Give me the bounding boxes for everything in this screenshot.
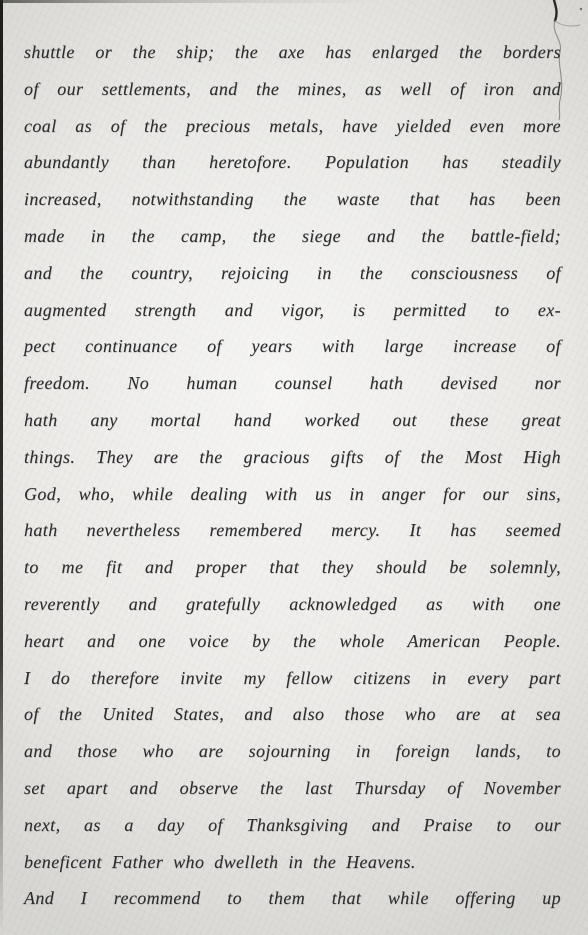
manuscript-line: to me fit and proper that they should be…: [24, 549, 561, 586]
manuscript-line: of our settlements, and the mines, as we…: [24, 71, 561, 108]
manuscript-line: And I recommend to them that while offer…: [24, 880, 561, 917]
manuscript-line: augmented strength and vigor, is permitt…: [24, 292, 561, 329]
manuscript-page: shuttle or the ship; the axe has enlarge…: [0, 0, 588, 935]
photo-top-edge: [0, 0, 588, 3]
manuscript-line: set apart and observe the last Thursday …: [24, 770, 561, 807]
photo-left-edge: [0, 0, 3, 935]
manuscript-line: coal as of the precious metals, have yie…: [24, 108, 561, 145]
manuscript-line: hath any mortal hand worked out these gr…: [24, 402, 561, 439]
manuscript-line: shuttle or the ship; the axe has enlarge…: [24, 34, 561, 71]
manuscript-line: and the country, rejoicing in the consci…: [24, 255, 561, 292]
manuscript-line: reverently and gratefully acknowledged a…: [24, 586, 561, 623]
manuscript-line: beneficent Father who dwelleth in the He…: [24, 844, 561, 881]
manuscript-line: increased, notwithstanding the waste tha…: [24, 181, 561, 218]
manuscript-line: things. They are the gracious gifts of t…: [24, 439, 561, 476]
manuscript-line: abundantly than heretofore. Population h…: [24, 144, 561, 181]
manuscript-line: made in the camp, the siege and the batt…: [24, 218, 561, 255]
manuscript-text-block: shuttle or the ship; the axe has enlarge…: [24, 34, 561, 917]
manuscript-line: pect continuance of years with large inc…: [24, 328, 561, 365]
manuscript-line: God, who, while dealing with us in anger…: [24, 476, 561, 513]
manuscript-line: I do therefore invite my fellow citizens…: [24, 660, 561, 697]
manuscript-line: heart and one voice by the whole America…: [24, 623, 561, 660]
manuscript-line: of the United States, and also those who…: [24, 696, 561, 733]
manuscript-line: next, as a day of Thanksgiving and Prais…: [24, 807, 561, 844]
manuscript-line: freedom. No human counsel hath devised n…: [24, 365, 561, 402]
manuscript-line: hath nevertheless remembered mercy. It h…: [24, 512, 561, 549]
manuscript-line: and those who are sojourning in foreign …: [24, 733, 561, 770]
